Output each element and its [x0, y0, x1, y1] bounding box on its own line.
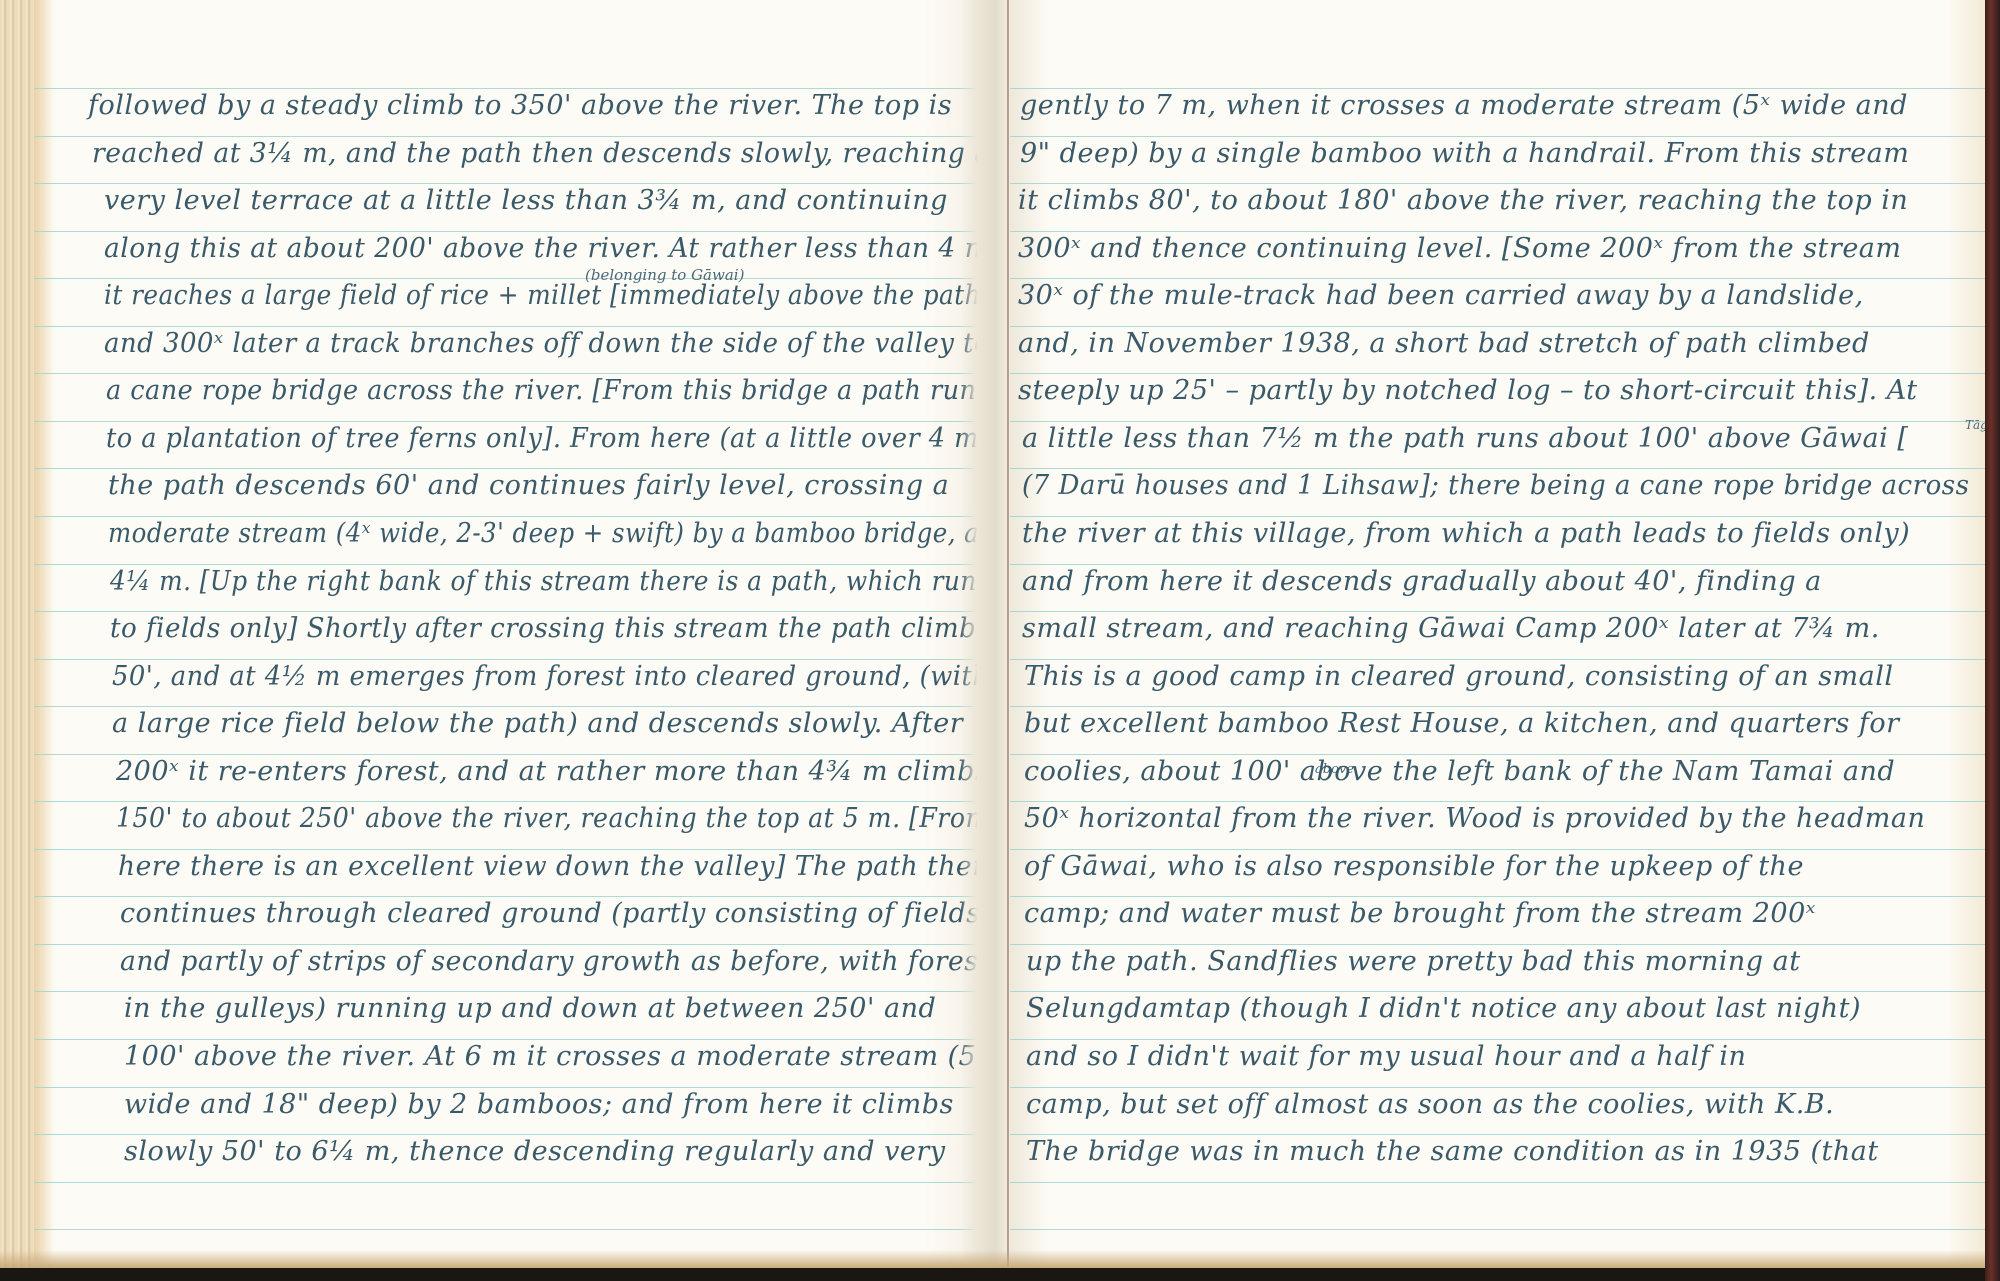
ruled-line	[1010, 373, 1985, 374]
handwritten-line: and 300ˣ later a track branches off down…	[104, 330, 990, 357]
ruled-line	[1010, 88, 1985, 89]
handwritten-line: and so I didn't wait for my usual hour a…	[1026, 1043, 1746, 1070]
ruled-line	[34, 1087, 1005, 1088]
handwritten-line: This is a good camp in cleared ground, c…	[1024, 663, 1894, 690]
ruled-line	[1010, 1087, 1985, 1088]
handwritten-line: camp, but set off almost as soon as the …	[1026, 1091, 1834, 1118]
handwritten-line: to a plantation of tree ferns only]. Fro…	[106, 425, 989, 452]
ruled-line	[34, 801, 1005, 802]
handwritten-line: 150' to about 250' above the river, reac…	[116, 805, 990, 832]
ruled-line	[34, 991, 1005, 992]
binding-stitch	[1007, 0, 1009, 1268]
handwritten-line: very level terrace at a little less than…	[104, 187, 948, 214]
ruled-line	[34, 706, 1005, 707]
ruled-line	[34, 564, 1005, 565]
handwritten-line: 300ˣ and thence continuing level. [Some …	[1018, 235, 1902, 262]
right-page: Tāgung above gently to 7 m, when it cros…	[1010, 0, 1985, 1268]
handwritten-line: (7 Darū houses and 1 Lihsaw]; there bein…	[1022, 472, 1969, 499]
handwritten-line: it climbs 80', to about 180' above the r…	[1018, 187, 1908, 214]
ruled-line	[1010, 611, 1985, 612]
handwritten-line: a large rice field below the path) and d…	[112, 710, 963, 737]
page-edge-stack	[0, 0, 34, 1268]
page-edge-shadow	[34, 0, 54, 1268]
ruled-line	[34, 231, 1005, 232]
ruled-line	[1010, 231, 1985, 232]
page-bottom-edge	[0, 1250, 2000, 1268]
interlinear-note-right-1: Tāgung	[1965, 418, 1985, 432]
handwritten-line: to fields only] Shortly after crossing t…	[110, 615, 990, 642]
handwritten-line: and, in November 1938, a short bad stret…	[1018, 330, 1870, 357]
ruled-line	[34, 278, 1005, 279]
ruled-line	[1010, 944, 1985, 945]
ruled-line	[1010, 183, 1985, 184]
left-page: (belonging to Gāwai) followed by a stead…	[0, 0, 1005, 1268]
handwritten-line: 50', and at 4½ m emerges from forest int…	[112, 663, 989, 690]
handwritten-line: and partly of strips of secondary growth…	[120, 948, 990, 975]
ruled-line	[34, 1039, 1005, 1040]
ruled-line	[1010, 516, 1985, 517]
handwritten-line: a cane rope bridge across the river. [Fr…	[106, 377, 990, 404]
handwritten-line: coolies, about 100' above the left bank …	[1024, 758, 1895, 785]
handwritten-line: 100' above the river. At 6 m it crosses …	[124, 1043, 986, 1070]
ruled-line	[34, 1229, 1005, 1230]
ruled-line	[1010, 326, 1985, 327]
ruled-line	[1010, 468, 1985, 469]
ruled-line	[34, 421, 1005, 422]
ruled-line	[34, 1134, 1005, 1135]
ruled-line	[34, 659, 1005, 660]
ruled-line	[34, 88, 1005, 89]
handwritten-line: camp; and water must be brought from the…	[1024, 900, 1816, 927]
ruled-line	[34, 611, 1005, 612]
ruled-line	[1010, 421, 1985, 422]
ruled-line	[34, 516, 1005, 517]
ruled-line	[1010, 991, 1985, 992]
handwritten-line: Selungdamtap (though I didn't notice any…	[1026, 995, 1861, 1022]
ruled-line	[34, 896, 1005, 897]
book-gutter	[960, 0, 1010, 1268]
ruled-line	[34, 326, 1005, 327]
handwritten-line: 30ˣ of the mule-track had been carried a…	[1018, 282, 1864, 309]
ruled-line	[34, 849, 1005, 850]
ruled-line	[1010, 896, 1985, 897]
book-cover-edge	[1985, 0, 2000, 1281]
ruled-line	[1010, 801, 1985, 802]
handwritten-line: reached at 3¼ m, and the path then desce…	[92, 140, 991, 167]
handwritten-line: but excellent bamboo Rest House, a kitch…	[1024, 710, 1900, 737]
handwritten-line: the path descends 60' and continues fair…	[108, 472, 949, 499]
ruled-line	[1010, 754, 1985, 755]
handwritten-line: followed by a steady climb to 350' above…	[88, 92, 952, 119]
handwritten-line: small stream, and reaching Gāwai Camp 20…	[1022, 615, 1880, 642]
ruled-line	[34, 136, 1005, 137]
ruled-line	[34, 1182, 1005, 1183]
handwritten-line: 200ˣ it re-enters forest, and at rather …	[116, 758, 989, 785]
ruled-line	[1010, 849, 1985, 850]
handwritten-line: up the path. Sandflies were pretty bad t…	[1026, 948, 1801, 975]
handwritten-line: the river at this village, from which a …	[1022, 520, 1910, 547]
ruled-line	[1010, 1229, 1985, 1230]
handwritten-line: gently to 7 m, when it crosses a moderat…	[1020, 92, 1908, 119]
handwritten-line: slowly 50' to 6¼ m, thence descending re…	[124, 1138, 946, 1165]
ruled-line	[1010, 659, 1985, 660]
ruled-line	[1010, 1134, 1985, 1135]
ruled-line	[1010, 1182, 1985, 1183]
handwritten-line: The bridge was in much the same conditio…	[1026, 1138, 1879, 1165]
handwritten-line: continues through cleared ground (partly…	[120, 900, 990, 927]
handwritten-line: of Gāwai, who is also responsible for th…	[1024, 853, 1804, 880]
notebook-spread: (belonging to Gāwai) followed by a stead…	[0, 0, 2000, 1268]
handwritten-line: and from here it descends gradually abou…	[1022, 568, 1822, 595]
ruled-line	[34, 754, 1005, 755]
handwritten-line: steeply up 25' – partly by notched log –…	[1018, 377, 1918, 404]
ruled-line	[1010, 564, 1985, 565]
ruled-line	[1010, 136, 1985, 137]
ruled-line	[1010, 278, 1985, 279]
handwritten-line: along this at about 200' above the river…	[104, 235, 990, 262]
handwritten-line: a little less than 7½ m the path runs ab…	[1022, 425, 1908, 452]
ruled-line	[34, 944, 1005, 945]
ruled-line	[1010, 1039, 1985, 1040]
ruled-line	[1010, 706, 1985, 707]
handwritten-line: moderate stream (4ˣ wide, 2-3' deep + sw…	[108, 520, 990, 547]
ruled-line	[34, 373, 1005, 374]
handwritten-line: 50ˣ horizontal from the river. Wood is p…	[1024, 805, 1925, 832]
handwritten-line: 4¼ m. [Up the right bank of this stream …	[110, 568, 990, 595]
handwritten-line: wide and 18" deep) by 2 bamboos; and fro…	[124, 1091, 954, 1118]
ruled-line	[34, 183, 1005, 184]
handwritten-line: in the gulleys) running up and down at b…	[124, 995, 936, 1022]
ruled-line	[34, 468, 1005, 469]
handwritten-line: 9" deep) by a single bamboo with a handr…	[1020, 140, 1909, 167]
handwritten-line: it reaches a large field of rice + mille…	[104, 282, 989, 309]
handwritten-line: here there is an excellent view down the…	[118, 853, 990, 880]
